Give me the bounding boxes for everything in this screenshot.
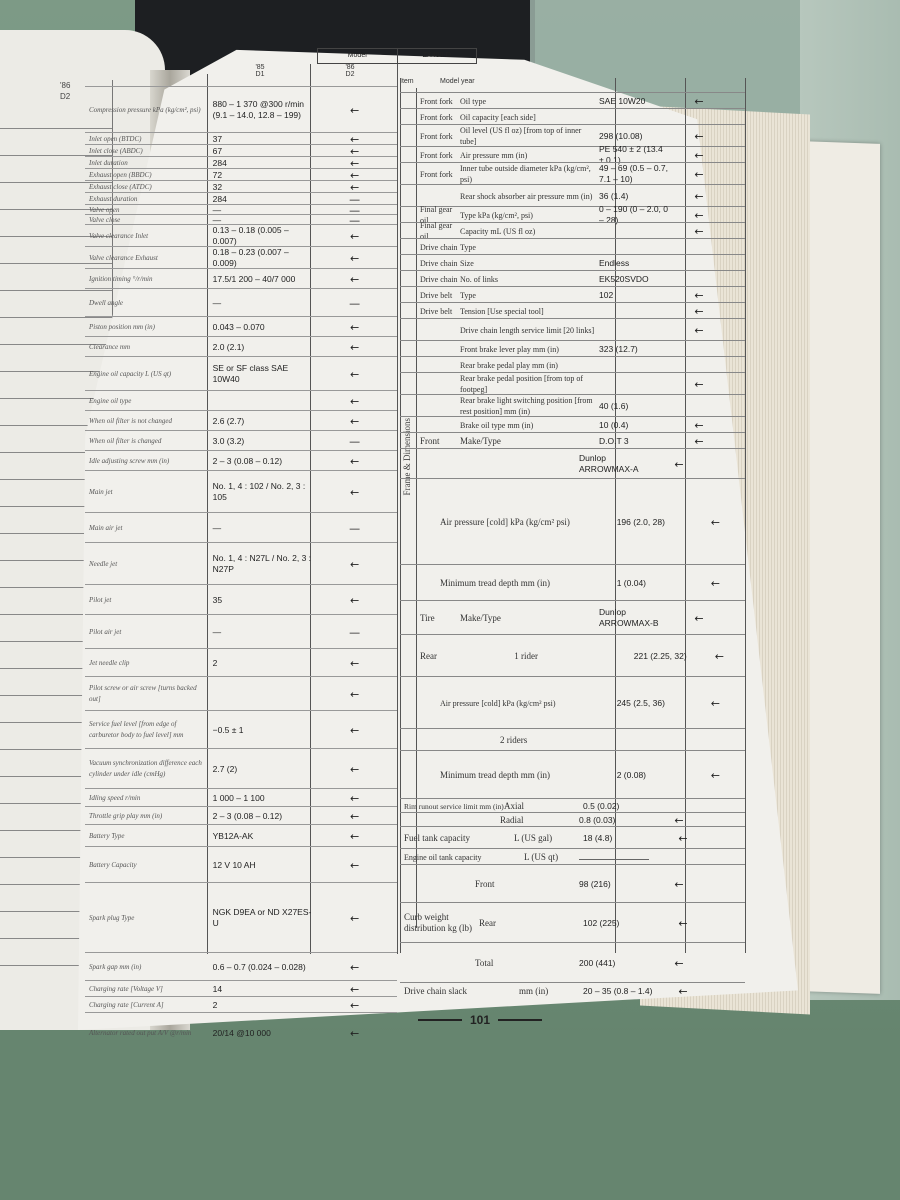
spec-row: Drive beltTension [Use special tool]← xyxy=(400,302,745,319)
tire-value: 221 (2.25, 32) xyxy=(630,651,694,662)
spec-d2: — xyxy=(312,436,397,447)
spec-d1: 298 (10.08) xyxy=(595,131,669,142)
spec-item: Type kPa (kg/cm², psi) xyxy=(460,210,595,221)
d2-year: '86 xyxy=(310,64,390,71)
spec-item: Clearance mm xyxy=(85,342,207,353)
spec-item: Exhaust close (ATDC) xyxy=(85,182,207,193)
same-as-previous: ← xyxy=(694,651,745,662)
tire-label: L (US gal) xyxy=(514,833,579,844)
spec-d1: 284 xyxy=(207,158,313,169)
col-divider xyxy=(745,78,746,953)
tire-label: Tire xyxy=(400,613,460,624)
spec-item: Engine oil capacity L (US qt) xyxy=(85,369,207,380)
spec-d1: 1 000 – 1 100 xyxy=(207,793,313,804)
spec-row: Valve clearance Exhaust0.18 – 0.23 (0.00… xyxy=(85,246,397,269)
spec-item: Rear brake light switching position [fro… xyxy=(460,395,595,417)
tire-value: 196 (2.0, 28) xyxy=(613,517,686,528)
spec-item: Inner tube outside diameter kPa (kg/cm²,… xyxy=(460,163,595,185)
spec-d1: 72 xyxy=(207,170,313,181)
spec-row: Dunlop ARROWMAX-A← xyxy=(400,448,745,479)
tire-label: Axial xyxy=(504,801,579,812)
spec-row: 2 riders xyxy=(400,728,745,751)
tire-value: 1 (0.04) xyxy=(613,578,686,589)
spec-row: Fuel tank capacityL (US gal)18 (4.8)← xyxy=(400,826,745,849)
spec-d2: — xyxy=(312,298,397,309)
spec-d2: ← xyxy=(669,191,729,202)
spec-item: Engine oil type xyxy=(85,396,207,407)
spec-d2: ← xyxy=(312,134,397,145)
spec-d2: ← xyxy=(312,764,397,775)
tire-label: Rear xyxy=(479,918,579,929)
spec-row: Valve clearance Inlet0.13 – 0.18 (0.005 … xyxy=(85,224,397,247)
spec-row: Front brake lever play mm (in)323 (12.7) xyxy=(400,340,745,357)
spec-d1: 2.6 (2.7) xyxy=(207,416,313,427)
spec-item: Size xyxy=(460,258,595,269)
spec-row: Drive chain length service limit [20 lin… xyxy=(400,318,745,341)
spec-d2: ← xyxy=(312,158,397,169)
spec-d2: — xyxy=(312,627,397,638)
tire-label: Rear xyxy=(400,651,454,662)
spec-d1: 12 V 10 AH xyxy=(207,860,313,871)
spec-d1: 0.043 – 0.070 xyxy=(207,322,313,333)
spec-item: Inlet open (BTDC) xyxy=(85,134,207,145)
spec-item: Oil capacity [each side] xyxy=(460,112,595,123)
col-divider xyxy=(397,64,398,954)
spec-row: Front forkAir pressure mm (in)PE 540 ± 2… xyxy=(400,146,745,163)
spec-row: Front forkOil level (US fl oz) [from top… xyxy=(400,124,745,147)
d2-code: D2 xyxy=(310,71,390,78)
spec-row: Compression pressure kPa (kg/cm², psi)88… xyxy=(85,86,397,133)
spec-group: Front fork xyxy=(400,112,460,123)
same-as-previous: ← xyxy=(686,578,745,589)
spec-row: Rear brake pedal play mm (in) xyxy=(400,356,745,373)
spec-row: Drive chainNo. of linksEK520SVDO xyxy=(400,270,745,287)
spec-item: No. of links xyxy=(460,274,595,285)
spec-d2: ← xyxy=(312,182,397,193)
spec-item: Rear brake pedal play mm (in) xyxy=(460,360,595,371)
spec-d1: Endless xyxy=(595,258,669,269)
tire-label: Fuel tank capacity xyxy=(400,833,514,844)
spec-d2: ← xyxy=(312,689,397,700)
tire-label: Radial xyxy=(500,815,575,826)
spec-d2: ← xyxy=(669,290,729,301)
tire-label: L (US qt) xyxy=(524,852,579,863)
spec-d2: ← xyxy=(312,274,397,285)
spec-item: Type xyxy=(460,242,595,253)
tire-label: Make/Type xyxy=(460,436,595,447)
tire-label: Curb weight distribution kg (lb) xyxy=(400,912,479,934)
spec-row: Drive chain slackmm (in)20 – 35 (0.8 – 1… xyxy=(400,982,745,999)
tire-label: Rim runout service limit mm (in) xyxy=(400,801,504,812)
spec-row: Curb weight distribution kg (lb)Rear102 … xyxy=(400,902,745,943)
spec-row: Service fuel level [from edge of carbure… xyxy=(85,710,397,749)
spec-d2: ← xyxy=(669,379,729,390)
spec-group: Front fork xyxy=(400,169,460,180)
spec-d1: 323 (12.7) xyxy=(595,344,669,355)
spec-item: Tension [Use special tool] xyxy=(460,306,595,317)
spec-row: Pilot screw or air screw [turns backed o… xyxy=(85,676,397,711)
tire-label: Air pressure [cold] kPa (kg/cm² psi) xyxy=(400,517,613,528)
tire-label: Drive chain slack xyxy=(400,986,519,997)
spec-d2: ← xyxy=(312,231,397,242)
spec-row: Jet needle clip2← xyxy=(85,648,397,677)
tire-value: 2 (0.08) xyxy=(613,770,686,781)
spec-row: Main jetNo. 1, 4 : 102 / No. 2, 3 : 105← xyxy=(85,470,397,513)
spec-item: Spark gap mm (in) xyxy=(85,962,207,973)
spec-group: Drive belt xyxy=(400,306,460,317)
spec-row: Pilot jet35← xyxy=(85,584,397,615)
spec-group: Drive chain xyxy=(400,258,460,269)
tire-value: 102 (225) xyxy=(579,918,653,929)
spec-row: Spark plug TypeNGK D9EA or ND X27ES-U← xyxy=(85,882,397,953)
spec-row: Throttle grip play mm (in)2 – 3 (0.08 – … xyxy=(85,806,397,825)
spec-item: Idling speed r/min xyxy=(85,793,207,804)
same-as-previous: ← xyxy=(653,918,713,929)
spec-row: Brake oil type mm (in)10 (0.4)← xyxy=(400,416,745,433)
spec-d2: ← xyxy=(312,322,397,333)
same-as-previous: ← xyxy=(653,986,713,997)
spec-d1: NGK D9EA or ND X27ES-U xyxy=(207,907,313,929)
tire-label: Air pressure [cold] kPa (kg/cm² psi) xyxy=(400,698,613,709)
spec-item: Piston position mm (in) xyxy=(85,322,207,333)
spec-row: FrontMake/TypeD.O.T 3← xyxy=(400,432,745,449)
spec-row: Battery TypeYB12A-AK← xyxy=(85,824,397,847)
spec-row: Air pressure [cold] kPa (kg/cm² psi)196 … xyxy=(400,478,745,565)
spec-row: Final gear oilCapacity mL (US fl oz)← xyxy=(400,222,745,239)
same-as-previous: ← xyxy=(649,815,709,826)
tire-label: Engine oil tank capacity xyxy=(400,852,524,863)
spec-item: Valve clearance Inlet xyxy=(85,231,207,242)
spec-item: Brake oil type mm (in) xyxy=(460,420,595,431)
spec-d2: ← xyxy=(312,342,397,353)
spec-row: Engine oil tank capacityL (US qt) xyxy=(400,848,745,865)
tire-label: Make/Type xyxy=(460,613,595,624)
spec-group: Front fork xyxy=(400,131,460,142)
spec-d1: 14 xyxy=(207,984,313,995)
spec-group: Drive chain xyxy=(400,274,460,285)
spec-item: Inlet duration xyxy=(85,158,207,169)
tire-label: Minimum tread depth mm (in) xyxy=(400,770,613,781)
spec-d1: 284 xyxy=(207,194,313,205)
spec-item: When oil filter is changed xyxy=(85,436,207,447)
spec-sheet: Model ZX400-D '85 D1 '86 D2 Compression … xyxy=(85,48,745,953)
spec-d1: 36 (1.4) xyxy=(595,191,669,202)
model-label: Model xyxy=(318,49,398,63)
tire-value: D.O.T 3 xyxy=(595,436,669,447)
spec-row: Air pressure [cold] kPa (kg/cm² psi)245 … xyxy=(400,676,745,729)
spec-d2: ← xyxy=(312,487,397,498)
spec-row: Dwell angle—— xyxy=(85,288,397,317)
spec-d1: SAE 10W20 xyxy=(595,96,669,107)
spec-d2: ← xyxy=(669,325,729,336)
spec-d2: ← xyxy=(669,96,729,107)
spec-item: Alternator rated out put A/V @r/min xyxy=(85,1028,207,1039)
spec-d1: 2.7 (2) xyxy=(207,764,313,775)
spec-item: Exhaust open (BBDC) xyxy=(85,170,207,181)
spec-item: Throttle grip play mm (in) xyxy=(85,811,207,822)
spec-item: Inlet close (ABDC) xyxy=(85,146,207,157)
spec-d2: ← xyxy=(312,1000,397,1011)
spec-d2: ← xyxy=(669,210,729,221)
tire-value: 98 (216) xyxy=(575,879,649,890)
spec-row: Pilot air jet—— xyxy=(85,614,397,649)
spec-d2: ← xyxy=(312,793,397,804)
spec-row: Rear brake light switching position [fro… xyxy=(400,394,745,417)
spec-d2: ← xyxy=(312,811,397,822)
tire-label: Front xyxy=(400,436,460,447)
spec-d2: ← xyxy=(312,559,397,570)
spec-row: Main air jet—— xyxy=(85,512,397,543)
spec-row: Alternator rated out put A/V @r/min20/14… xyxy=(85,1012,397,1053)
spec-d1: −0.5 ± 1 xyxy=(207,725,313,736)
spec-item: Jet needle clip xyxy=(85,658,207,669)
spec-row: Rear brake pedal position [from top of f… xyxy=(400,372,745,395)
spec-item: Charging rate [Current A] xyxy=(85,1000,207,1011)
spec-d1: 0.13 – 0.18 (0.005 – 0.007) xyxy=(207,225,313,247)
tire-value: 18 (4.8) xyxy=(579,833,653,844)
spec-row: Drive chainType xyxy=(400,238,745,255)
spec-group: Front fork xyxy=(400,96,460,107)
spec-row: TireMake/TypeDunlop ARROWMAX-B← xyxy=(400,600,745,635)
spec-d1: — xyxy=(207,298,313,309)
spec-d1: SE or SF class SAE 10W40 xyxy=(207,363,313,385)
spec-d1: 49 – 69 (0.5 – 0.7, 7.1 – 10) xyxy=(595,163,669,185)
spec-item: Spark plug Type xyxy=(85,913,207,924)
spec-item: Air pressure mm (in) xyxy=(460,150,595,161)
same-as-previous: ← xyxy=(649,958,709,969)
spec-row: When oil filter is not changed2.6 (2.7)← xyxy=(85,410,397,431)
spec-d1: YB12A-AK xyxy=(207,831,313,842)
tire-value: 200 (441) xyxy=(575,958,649,969)
spec-item: Rear brake pedal position [from top of f… xyxy=(460,373,595,395)
tire-value: 245 (2.5, 36) xyxy=(613,698,686,709)
spec-row: Charging rate [Current A]2← xyxy=(85,996,397,1013)
spec-group: Front fork xyxy=(400,150,460,161)
spec-d1: 2 xyxy=(207,1000,313,1011)
spec-item: Exhaust duration xyxy=(85,194,207,205)
spec-row: Spark gap mm (in)0.6 – 0.7 (0.024 – 0.02… xyxy=(85,952,397,981)
spec-d2: ← xyxy=(669,150,729,161)
spec-d2: ← xyxy=(312,396,397,407)
same-as-previous: ← xyxy=(686,517,745,528)
tire-label: Front xyxy=(475,879,575,890)
spec-group: Drive belt xyxy=(400,290,460,301)
table-cloth-lower xyxy=(0,1030,900,1200)
spec-item: Pilot jet xyxy=(85,595,207,606)
spec-d1: EK520SVDO xyxy=(595,274,669,285)
spec-item: Pilot air jet xyxy=(85,627,207,638)
spec-d2: ← xyxy=(669,131,729,142)
spec-item: Compression pressure kPa (kg/cm², psi) xyxy=(85,105,207,116)
tire-value: 20 – 35 (0.8 – 1.4) xyxy=(579,986,653,997)
spec-group: Drive chain xyxy=(400,242,460,253)
spec-d1: No. 1, 4 : 102 / No. 2, 3 : 105 xyxy=(207,481,313,503)
spec-item: Capacity mL (US fl oz) xyxy=(460,226,595,237)
spec-row: Drive chainSizeEndless xyxy=(400,254,745,271)
spec-row: Engine oil capacity L (US qt)SE or SF cl… xyxy=(85,356,397,391)
spec-item: Drive chain length service limit [20 lin… xyxy=(460,325,595,336)
spec-item: Front brake lever play mm (in) xyxy=(460,344,595,355)
spec-row: Total200 (441)← xyxy=(400,942,745,983)
spec-d2: — xyxy=(312,523,397,534)
same-as-previous: ← xyxy=(649,879,709,890)
spec-item: Needle jet xyxy=(85,559,207,570)
spec-item: Idle adjusting screw mm (in) xyxy=(85,456,207,467)
tire-label: mm (in) xyxy=(519,986,579,997)
spec-d2: ← xyxy=(312,253,397,264)
same-as-previous: ← xyxy=(653,833,713,844)
spec-d1: 0.6 – 0.7 (0.024 – 0.028) xyxy=(207,962,313,973)
spec-d2: ← xyxy=(312,984,397,995)
model-year-header: Model year xyxy=(440,78,475,85)
spec-row: Clearance mm2.0 (2.1)← xyxy=(85,336,397,357)
spec-d1: 0.18 – 0.23 (0.007 – 0.009) xyxy=(207,247,313,269)
spec-row: Engine oil type← xyxy=(85,390,397,411)
spec-d2: ← xyxy=(312,913,397,924)
spec-item: Oil level (US fl oz) [from top of inner … xyxy=(460,125,595,147)
same-as-previous: ← xyxy=(669,613,729,624)
spec-d2: ← xyxy=(312,456,397,467)
model-header: Model ZX400-D xyxy=(317,48,477,64)
spec-row: Front forkOil capacity [each side] xyxy=(400,108,745,125)
model-value: ZX400-D xyxy=(398,49,477,63)
spec-d2: ← xyxy=(312,962,397,973)
spec-d1: 17.5/1 200 – 40/7 000 xyxy=(207,274,313,285)
spec-d2: ← xyxy=(312,146,397,157)
tire-value: Dunlop ARROWMAX-A xyxy=(575,453,649,475)
spec-item: Main jet xyxy=(85,487,207,498)
spec-d2: ← xyxy=(312,1028,397,1039)
spec-d1: 35 xyxy=(207,595,313,606)
spec-d1: 67 xyxy=(207,146,313,157)
spec-d2: ← xyxy=(312,658,397,669)
spec-row: Battery Capacity12 V 10 AH← xyxy=(85,846,397,883)
spec-row: Idle adjusting screw mm (in)2 – 3 (0.08 … xyxy=(85,450,397,471)
d1-code: D1 xyxy=(215,71,305,78)
spec-item: Rear shock absorber air pressure mm (in) xyxy=(460,191,595,202)
spec-d2: ← xyxy=(312,170,397,181)
spec-row: Charging rate [Voltage V]14← xyxy=(85,980,397,997)
spec-row: Front forkInner tube outside diameter kP… xyxy=(400,162,745,185)
spec-d2: — xyxy=(312,194,397,205)
spec-item: Charging rate [Voltage V] xyxy=(85,984,207,995)
spec-d1: 102 xyxy=(595,290,669,301)
tire-value: Dunlop ARROWMAX-B xyxy=(595,607,669,629)
frame-spec-column: Item Model year Frame & Dimensions Front… xyxy=(400,78,745,953)
spec-row: Rear1 rider221 (2.25, 32)← xyxy=(400,634,745,677)
spec-d2: ← xyxy=(669,226,729,237)
spec-row: Minimum tread depth mm (in)1 (0.04)← xyxy=(400,564,745,601)
spec-item: Service fuel level [from edge of carbure… xyxy=(85,719,207,741)
tire-label: 2 riders xyxy=(400,735,641,746)
spec-d2: ← xyxy=(669,306,729,317)
spec-d1: 880 – 1 370 @300 r/min (9.1 – 14.0, 12.8… xyxy=(207,99,313,121)
spec-d1: 32 xyxy=(207,182,313,193)
spec-row: Vacuum synchronization difference each c… xyxy=(85,748,397,789)
spec-row: Idling speed r/min1 000 – 1 100← xyxy=(85,788,397,807)
spec-d1: 2.0 (2.1) xyxy=(207,342,313,353)
spec-d2: ← xyxy=(312,416,397,427)
spec-d1: 3.0 (3.2) xyxy=(207,436,313,447)
spec-row: Front forkOil typeSAE 10W20← xyxy=(400,92,745,109)
spec-d1: 20/14 @10 000 xyxy=(207,1028,313,1039)
spec-row: Needle jetNo. 1, 4 : N27L / No. 2, 3 : N… xyxy=(85,542,397,585)
tire-label: Minimum tread depth mm (in) xyxy=(400,578,613,589)
spec-d1: 40 (1.6) xyxy=(595,401,669,412)
spec-item: Dwell angle xyxy=(85,298,207,309)
spec-item: When oil filter is not changed xyxy=(85,416,207,427)
spec-item: Battery Capacity xyxy=(85,860,207,871)
spec-row: Minimum tread depth mm (in)2 (0.08)← xyxy=(400,750,745,799)
same-as-previous: ← xyxy=(686,698,745,709)
same-as-previous: ← xyxy=(669,436,729,447)
spec-d1: 2 xyxy=(207,658,313,669)
item-header: Item xyxy=(400,78,414,85)
spec-item: Main air jet xyxy=(85,523,207,534)
spec-d2: ← xyxy=(312,860,397,871)
spec-d1: — xyxy=(207,627,313,638)
spec-row: Rim runout service limit mm (in)Axial0.5… xyxy=(400,798,745,813)
spec-item: Type xyxy=(460,290,595,301)
spec-item: Vacuum synchronization difference each c… xyxy=(85,758,207,780)
spec-row: Front98 (216)← xyxy=(400,864,745,903)
spec-d1: 10 (0.4) xyxy=(595,420,669,431)
spec-d2: ← xyxy=(312,369,397,380)
spec-d1: No. 1, 4 : N27L / No. 2, 3 : N27P xyxy=(207,553,313,575)
spec-d2: ← xyxy=(312,831,397,842)
engine-spec-column: '85 D1 '86 D2 Compression pressure kPa (… xyxy=(85,64,397,954)
spec-d1: 37 xyxy=(207,134,313,145)
spec-d2: ← xyxy=(312,105,397,116)
spec-item: Battery Type xyxy=(85,831,207,842)
spec-item: Valve clearance Exhaust xyxy=(85,253,207,264)
spec-row: Piston position mm (in)0.043 – 0.070← xyxy=(85,316,397,337)
spec-d1: — xyxy=(207,523,313,534)
spec-row: When oil filter is changed3.0 (3.2)— xyxy=(85,430,397,451)
spec-item: Pilot screw or air screw [turns backed o… xyxy=(85,683,207,705)
spec-d2: ← xyxy=(312,595,397,606)
spec-item: Oil type xyxy=(460,96,595,107)
spec-row: Radial0.8 (0.03)← xyxy=(400,812,745,827)
d1-year: '85 xyxy=(215,64,305,71)
spec-d2: ← xyxy=(312,725,397,736)
tire-value: 0.8 (0.03) xyxy=(575,815,649,826)
same-as-previous: ← xyxy=(649,459,709,470)
tire-label: Total xyxy=(475,958,575,969)
tire-label: 1 rider xyxy=(454,651,630,662)
spec-d1: 2 – 3 (0.08 – 0.12) xyxy=(207,811,313,822)
same-as-previous: ← xyxy=(686,770,745,781)
tire-value: 0.5 (0.02) xyxy=(579,801,653,812)
spec-item: Ignition timing °/r/min xyxy=(85,274,207,285)
spec-d2: ← xyxy=(669,420,729,431)
spec-row: Ignition timing °/r/min17.5/1 200 – 40/7… xyxy=(85,268,397,289)
spec-row: Drive beltType102← xyxy=(400,286,745,303)
page-number: 101 xyxy=(418,1013,542,1027)
spec-d2: ← xyxy=(669,169,729,180)
spec-d1: 2 – 3 (0.08 – 0.12) xyxy=(207,456,313,467)
